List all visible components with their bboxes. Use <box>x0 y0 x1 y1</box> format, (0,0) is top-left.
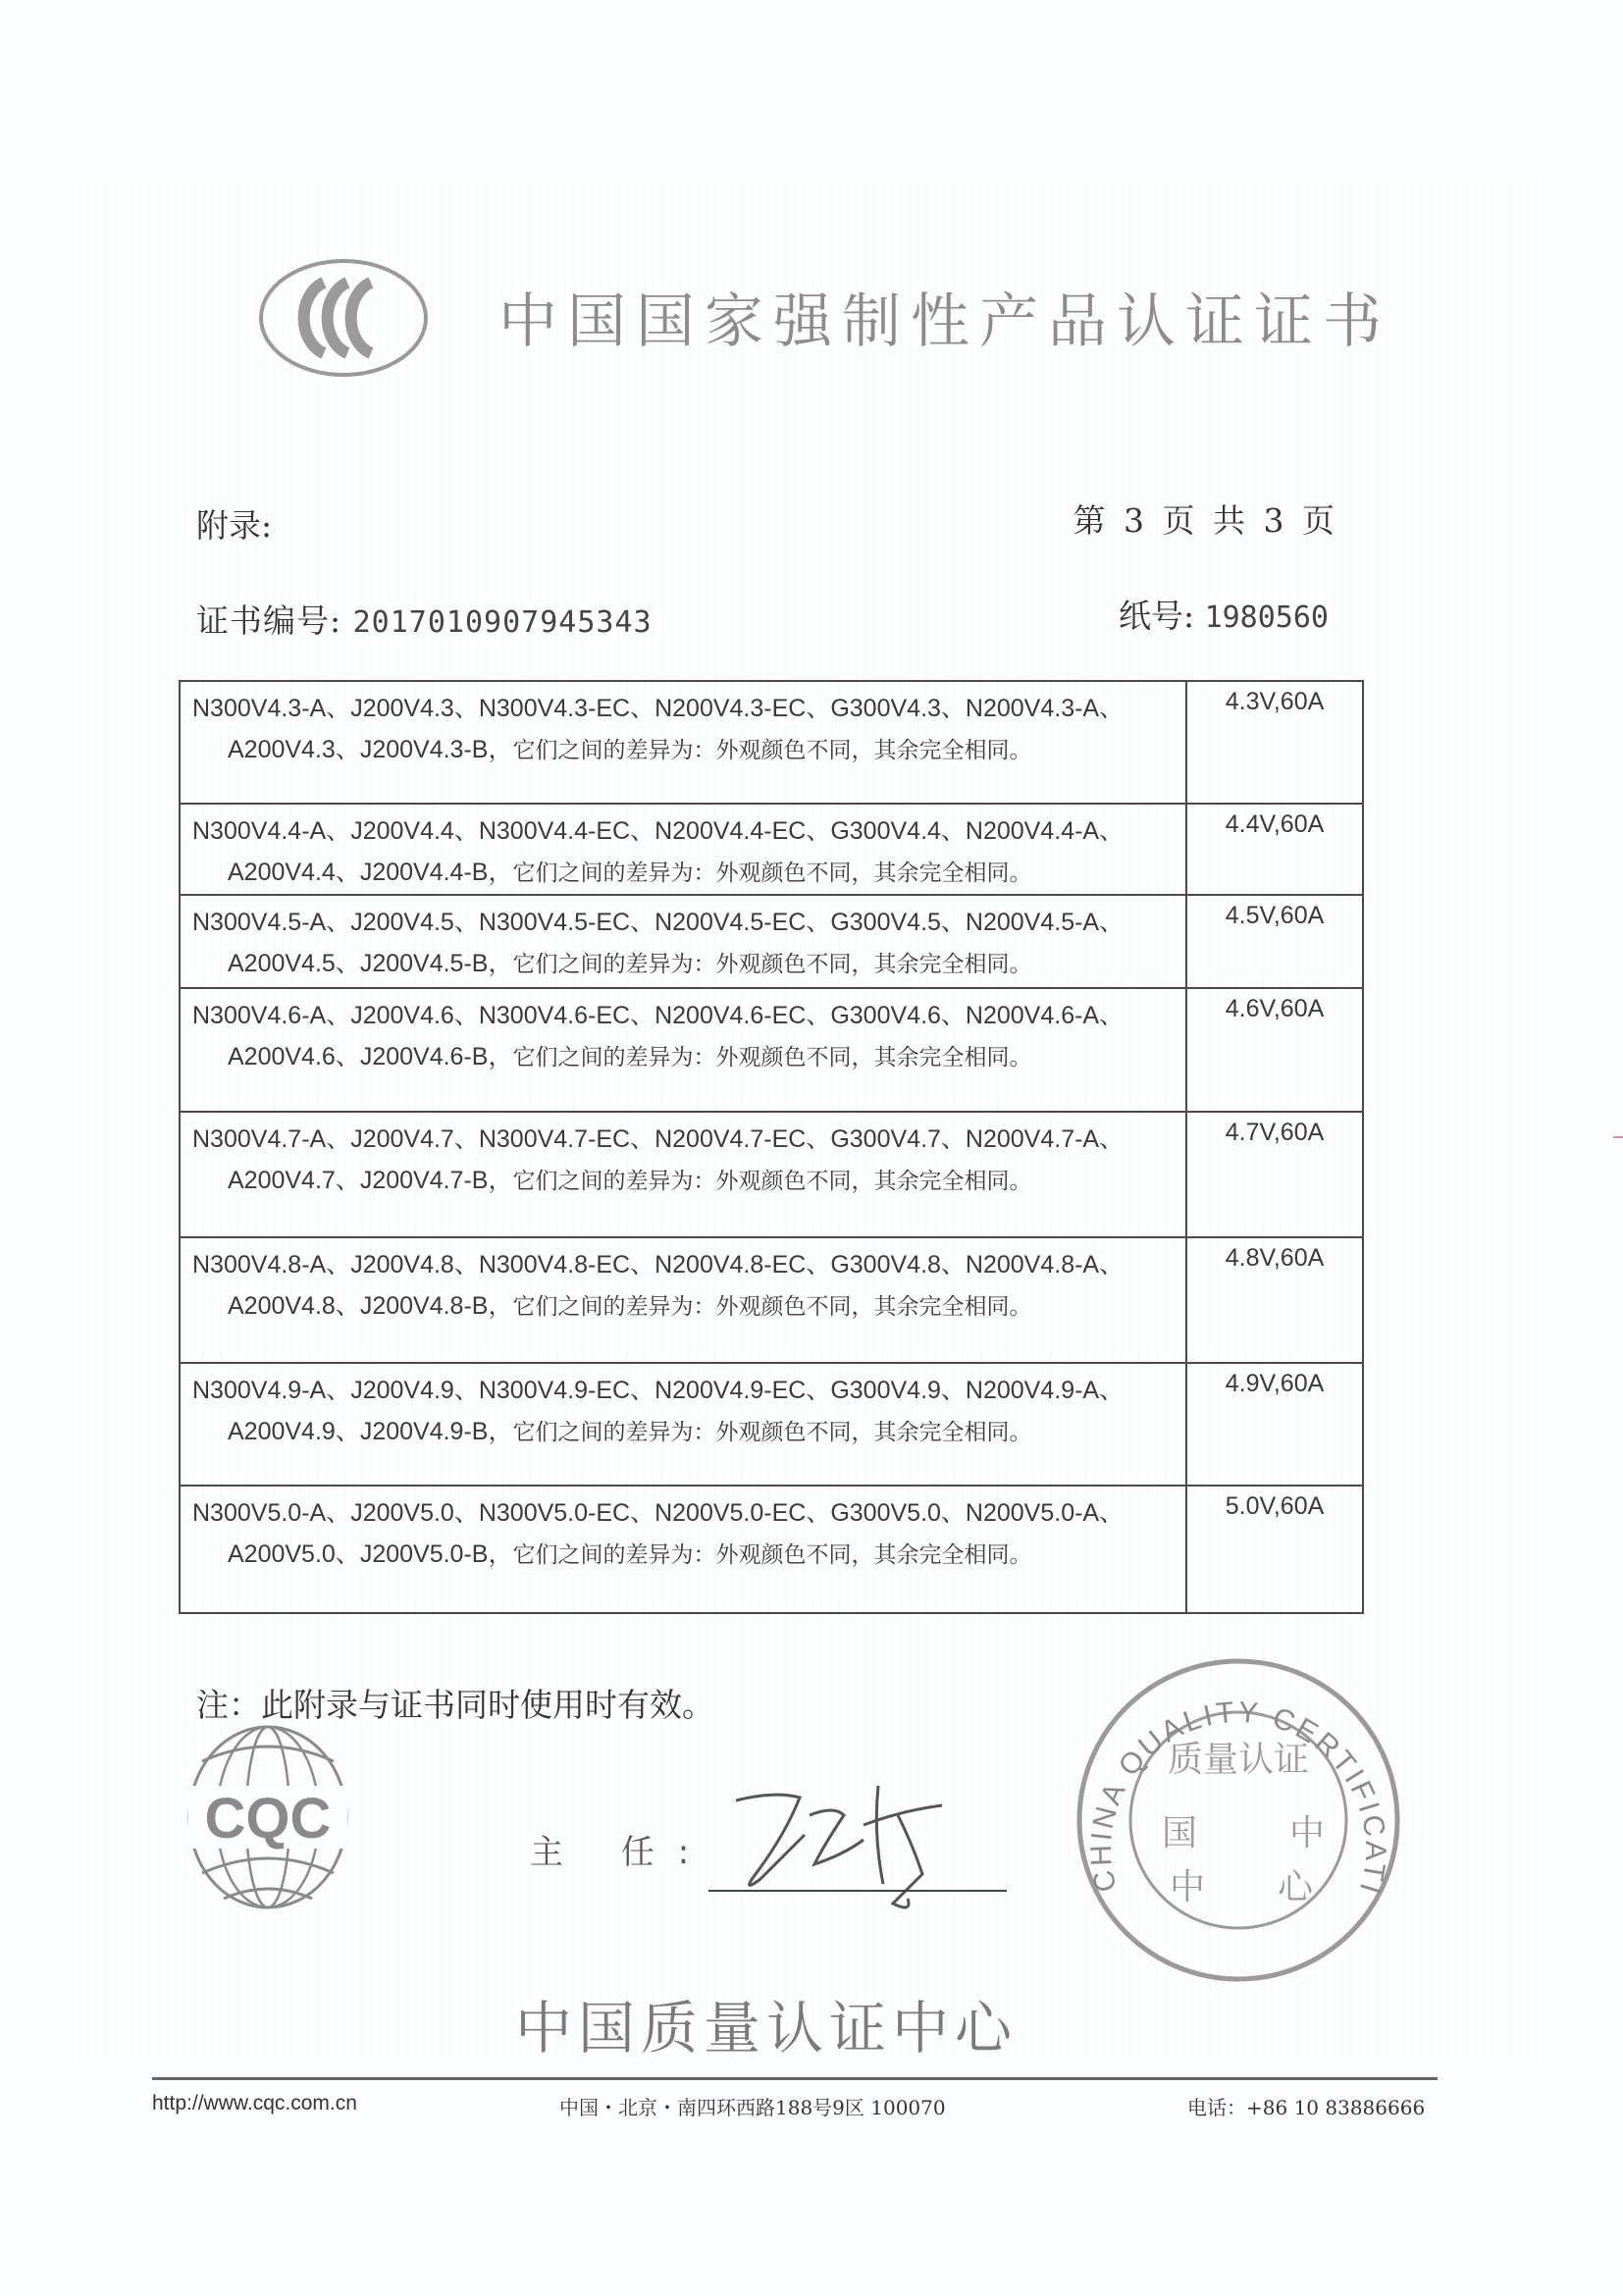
difference-note: 它们之间的差异为：外观颜色不同，其余完全相同。 <box>512 952 1031 977</box>
difference-note: 它们之间的差异为：外观颜色不同，其余完全相同。 <box>512 861 1031 886</box>
rating-cell: 4.7V,60A <box>1186 1112 1363 1237</box>
difference-note: 它们之间的差异为：外观颜色不同，其余完全相同。 <box>512 1420 1031 1445</box>
footer-phone: 电话：+86 10 83886666 <box>1187 2092 1425 2120</box>
model-list-line1: N300V4.4-A、J200V4.4、N300V4.4-EC、N200V4.4… <box>192 817 1124 845</box>
director-signature-icon <box>716 1756 1011 1923</box>
certificate-number-label: 证书编号: <box>196 601 341 640</box>
svg-text:中: 中 <box>1170 1867 1205 1907</box>
svg-text:CQC: CQC <box>205 1787 332 1851</box>
table-row: N300V4.4-A、J200V4.4、N300V4.4-EC、N200V4.4… <box>180 804 1363 895</box>
table-row: N300V4.8-A、J200V4.8、N300V4.8-EC、N200V4.8… <box>180 1237 1363 1363</box>
rating-cell: 4.6V,60A <box>1186 988 1363 1112</box>
paper-number-label: 纸号: <box>1119 597 1194 635</box>
rating-cell: 4.5V,60A <box>1186 895 1363 988</box>
model-list-line1: N300V4.7-A、J200V4.7、N300V4.7-EC、N200V4.7… <box>192 1125 1124 1153</box>
svg-text:心: 心 <box>1278 1867 1315 1907</box>
table-row: N300V5.0-A、J200V5.0、N300V5.0-EC、N200V5.0… <box>180 1486 1363 1613</box>
svg-text:质量认证: 质量认证 <box>1168 1740 1309 1780</box>
rating-cell: 4.8V,60A <box>1186 1237 1363 1363</box>
rating-cell: 4.3V,60A <box>1186 681 1363 804</box>
model-list-line1: N300V4.3-A、J200V4.3、N300V4.3-EC、N200V4.3… <box>192 695 1124 722</box>
difference-note: 它们之间的差异为：外观颜色不同，其余完全相同。 <box>512 1542 1031 1568</box>
model-list-line2: A200V4.4、J200V4.4-B，它们之间的差异为：外观颜色不同，其余完全… <box>192 852 1185 894</box>
ccc-logo-icon <box>257 257 430 379</box>
model-list-cell: N300V4.3-A、J200V4.3、N300V4.3-EC、N200V4.3… <box>180 681 1186 804</box>
model-list-line2-models: A200V4.3、J200V4.3-B， <box>228 736 512 763</box>
model-list-cell: N300V4.8-A、J200V4.8、N300V4.8-EC、N200V4.8… <box>180 1237 1186 1363</box>
model-list-line2-models: A200V4.5、J200V4.5-B， <box>228 950 512 977</box>
model-list-line2-models: A200V4.4、J200V4.4-B， <box>228 859 512 886</box>
signature-line <box>708 1890 1007 1892</box>
difference-note: 它们之间的差异为：外观颜色不同，其余完全相同。 <box>512 1294 1031 1320</box>
svg-text:国: 国 <box>1162 1813 1197 1853</box>
model-list-line2: A200V4.3、J200V4.3-B，它们之间的差异为：外观颜色不同，其余完全… <box>192 729 1185 771</box>
table-row: N300V4.3-A、J200V4.3、N300V4.3-EC、N200V4.3… <box>180 681 1363 804</box>
director-label: 主 任: <box>530 1825 712 1873</box>
model-list-cell: N300V4.4-A、J200V4.4、N300V4.4-EC、N200V4.4… <box>180 804 1186 895</box>
model-list-line2: A200V4.9、J200V4.9-B，它们之间的差异为：外观颜色不同，其余完全… <box>192 1411 1185 1453</box>
cqc-globe-logo-icon: CQC <box>184 1722 351 1912</box>
model-list-cell: N300V4.5-A、J200V4.5、N300V4.5-EC、N200V4.5… <box>180 895 1186 988</box>
model-list-line2: A200V4.5、J200V4.5-B，它们之间的差异为：外观颜色不同，其余完全… <box>192 943 1185 985</box>
model-list-line1: N300V4.8-A、J200V4.8、N300V4.8-EC、N200V4.8… <box>192 1251 1124 1278</box>
difference-note: 它们之间的差异为：外观颜色不同，其余完全相同。 <box>512 1045 1031 1070</box>
table-row: N300V4.5-A、J200V4.5、N300V4.5-EC、N200V4.5… <box>180 895 1363 988</box>
models-table: N300V4.3-A、J200V4.3、N300V4.3-EC、N200V4.3… <box>179 680 1364 1614</box>
organization-name: 中国质量认证中心 <box>515 1982 1018 2064</box>
footer-address: 中国・北京・南四环西路188号9区 100070 <box>559 2092 946 2120</box>
model-list-line2: A200V4.6、J200V4.6-B，它们之间的差异为：外观颜色不同，其余完全… <box>192 1036 1185 1078</box>
page-count: 第 3 页 共 3 页 <box>1073 496 1338 542</box>
rating-cell: 4.4V,60A <box>1186 804 1363 895</box>
scan-edge-mark <box>1613 1136 1623 1138</box>
model-list-line2-models: A200V4.9、J200V4.9-B， <box>228 1418 512 1445</box>
model-list-line2: A200V5.0、J200V5.0-B，它们之间的差异为：外观颜色不同，其余完全… <box>192 1534 1185 1576</box>
model-list-line2-models: A200V5.0、J200V5.0-B， <box>228 1540 512 1568</box>
model-list-line1: N300V4.9-A、J200V4.9、N300V4.9-EC、N200V4.9… <box>192 1377 1124 1404</box>
footer-website-link[interactable]: http://www.cqc.com.cn <box>152 2092 357 2115</box>
model-list-cell: N300V4.9-A、J200V4.9、N300V4.9-EC、N200V4.9… <box>180 1363 1186 1486</box>
model-list-line2: A200V4.8、J200V4.8-B，它们之间的差异为：外观颜色不同，其余完全… <box>192 1285 1185 1328</box>
model-list-line2-models: A200V4.7、J200V4.7-B， <box>228 1167 512 1194</box>
appendix-label: 附录: <box>196 500 272 547</box>
certificate-title: 中国国家强制性产品认证证书 <box>498 275 1391 359</box>
rating-cell: 5.0V,60A <box>1186 1486 1363 1613</box>
model-list-line1: N300V4.5-A、J200V4.5、N300V4.5-EC、N200V4.5… <box>192 909 1124 936</box>
svg-text:中: 中 <box>1289 1813 1325 1853</box>
difference-note: 它们之间的差异为：外观颜色不同，其余完全相同。 <box>512 738 1031 763</box>
model-list-line2: A200V4.7、J200V4.7-B，它们之间的差异为：外观颜色不同，其余完全… <box>192 1160 1185 1202</box>
paper-number-value: 1980560 <box>1205 600 1329 635</box>
model-list-line1: N300V5.0-A、J200V5.0、N300V5.0-EC、N200V5.0… <box>192 1499 1124 1527</box>
model-list-line2-models: A200V4.6、J200V4.6-B， <box>228 1043 512 1070</box>
model-list-cell: N300V4.6-A、J200V4.6、N300V4.6-EC、N200V4.6… <box>180 988 1186 1112</box>
model-list-line2-models: A200V4.8、J200V4.8-B， <box>228 1292 512 1320</box>
model-list-cell: N300V5.0-A、J200V5.0、N300V5.0-EC、N200V5.0… <box>180 1486 1186 1613</box>
paper-number: 纸号: 1980560 <box>1119 591 1329 637</box>
validity-note: 注：此附录与证书同时使用时有效。 <box>196 1680 714 1726</box>
difference-note: 它们之间的差异为：外观颜色不同，其余完全相同。 <box>512 1169 1031 1194</box>
rating-cell: 4.9V,60A <box>1186 1363 1363 1486</box>
footer-divider <box>152 2077 1438 2080</box>
certificate-number-value: 2017010907945343 <box>353 605 653 640</box>
certificate-number: 证书编号: 2017010907945343 <box>196 596 653 642</box>
table-row: N300V4.6-A、J200V4.6、N300V4.6-EC、N200V4.6… <box>180 988 1363 1112</box>
model-list-cell: N300V4.7-A、J200V4.7、N300V4.7-EC、N200V4.7… <box>180 1112 1186 1237</box>
certification-seal-icon: CHINA QUALITY CERTIFICATION CENTRE 质量认证 … <box>1072 1653 1405 1987</box>
table-row: N300V4.7-A、J200V4.7、N300V4.7-EC、N200V4.7… <box>180 1112 1363 1237</box>
model-list-line1: N300V4.6-A、J200V4.6、N300V4.6-EC、N200V4.6… <box>192 1002 1124 1029</box>
table-row: N300V4.9-A、J200V4.9、N300V4.9-EC、N200V4.9… <box>180 1363 1363 1486</box>
